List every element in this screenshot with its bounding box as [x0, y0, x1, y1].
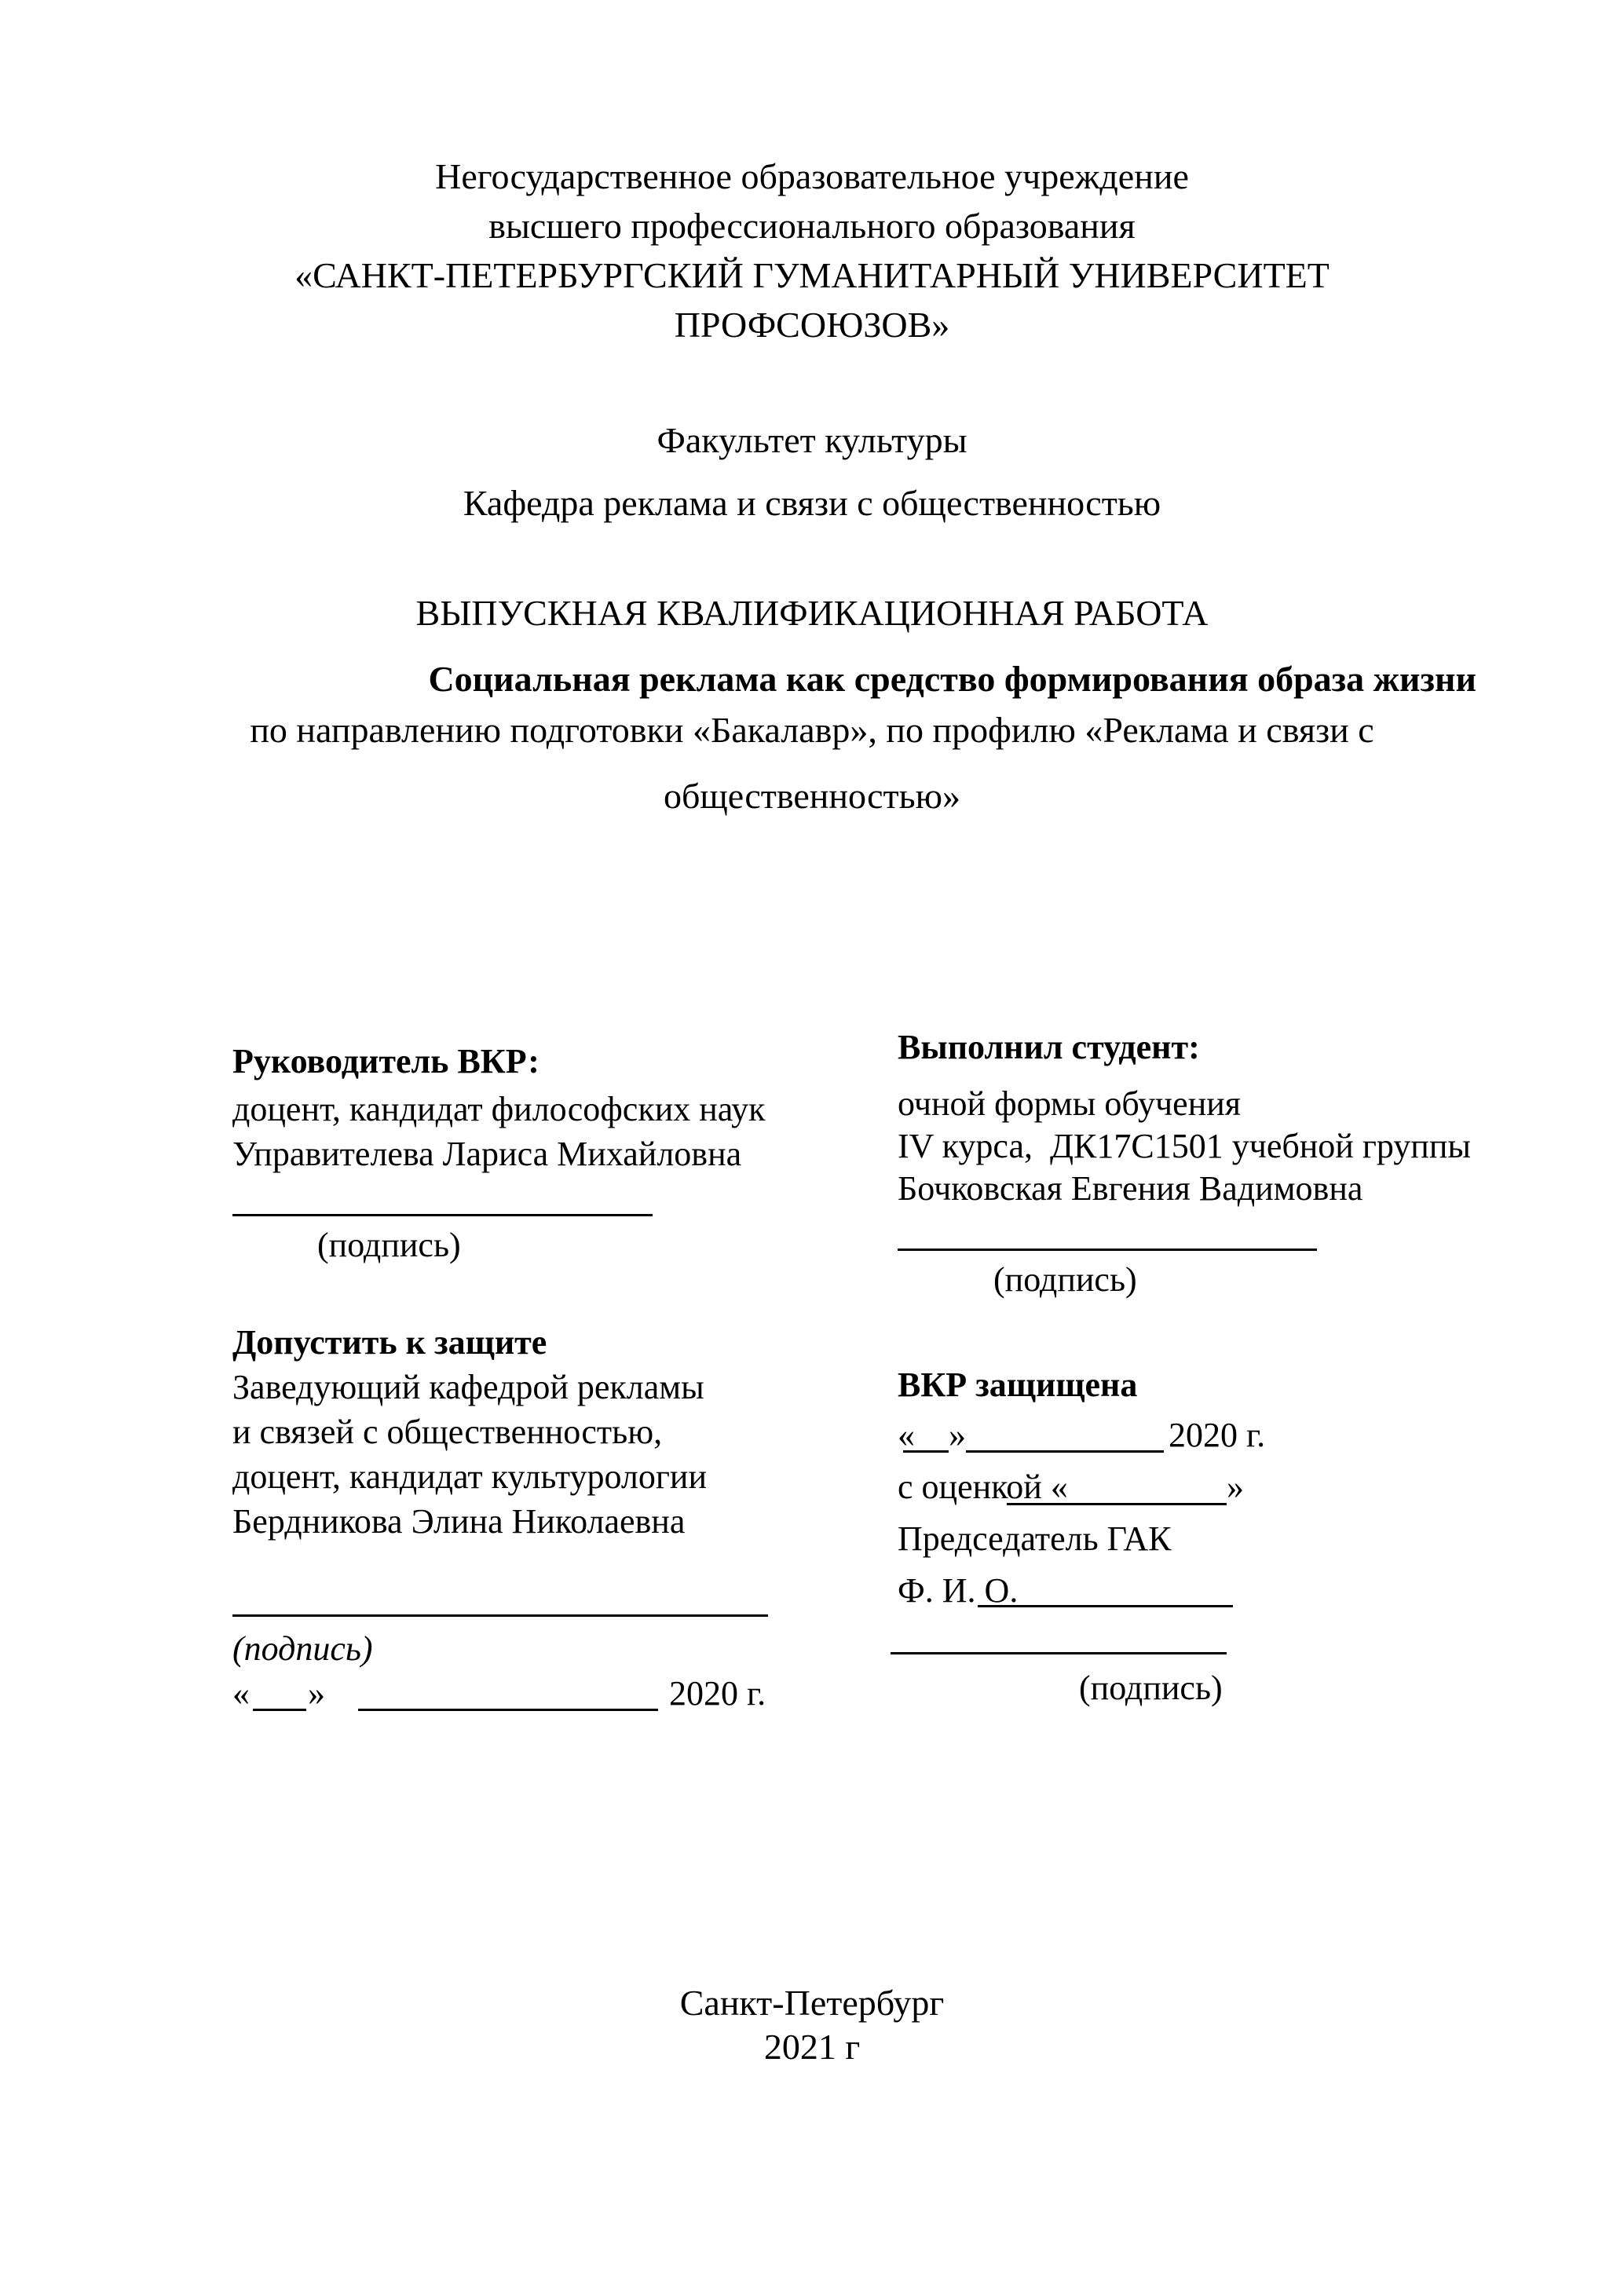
- defense-year: 2020 г.: [1169, 1413, 1265, 1457]
- defense-grade-field[interactable]: [1007, 1503, 1227, 1505]
- admission-day-field[interactable]: [253, 1709, 306, 1711]
- admission-date-open-quote: «: [232, 1672, 250, 1716]
- defense-signature-label: (подпись): [1079, 1666, 1223, 1710]
- institution-line-1: Негосударственное образовательное учрежд…: [0, 154, 1624, 199]
- defense-month-field[interactable]: [966, 1450, 1164, 1453]
- city: Санкт-Петербург: [0, 1980, 1624, 2026]
- student-name: Бочковская Евгения Вадимовна: [898, 1167, 1362, 1211]
- admission-position-line-3: доцент, кандидат культурологии: [232, 1455, 707, 1499]
- admission-signature-label: (подпись): [232, 1627, 373, 1671]
- university-name-line-2: ПРОФСОЮЗОВ»: [0, 302, 1624, 348]
- defense-chair-label: Председатель ГАК: [898, 1517, 1171, 1561]
- defense-grade-close-quote: »: [1227, 1465, 1244, 1509]
- defense-signature-line: [891, 1652, 1227, 1654]
- admission-signature-line: [232, 1614, 768, 1617]
- student-signature-label: (подпись): [993, 1258, 1137, 1302]
- work-type: ВЫПУСКНАЯ КВАЛИФИКАЦИОННАЯ РАБОТА: [0, 590, 1624, 636]
- department: Кафедра реклама и связи с общественность…: [0, 481, 1624, 526]
- admission-year: 2020 г.: [669, 1672, 766, 1716]
- defense-date-close-quote: »: [949, 1413, 966, 1457]
- student-course-group: IV курса, ДК17С1501 учебной группы: [898, 1124, 1471, 1168]
- student-heading: Выполнил студент:: [898, 1026, 1200, 1069]
- year: 2021 г: [0, 2024, 1624, 2070]
- supervisor-heading: Руководитель ВКР:: [232, 1040, 540, 1084]
- institution-line-2: высшего профессионального образования: [0, 203, 1624, 249]
- student-study-form: очной формы обучения: [898, 1082, 1241, 1126]
- supervisor-signature-label: (подпись): [317, 1223, 461, 1267]
- admission-position-line-2: и связей с общественностью,: [232, 1410, 662, 1454]
- supervisor-signature-line: [232, 1214, 653, 1216]
- admission-position-line-1: Заведующий кафедрой рекламы: [232, 1366, 704, 1409]
- university-name-line-1: «САНКТ-ПЕТЕРБУРГСКИЙ ГУМАНИТАРНЫЙ УНИВЕР…: [0, 253, 1624, 298]
- supervisor-name: Управителева Лариса Михайловна: [232, 1132, 741, 1176]
- admission-date-close-quote: »: [308, 1672, 325, 1716]
- admission-name: Бердникова Элина Николаевна: [232, 1500, 685, 1544]
- admission-month-field[interactable]: [358, 1709, 658, 1711]
- student-signature-line: [898, 1249, 1317, 1251]
- defense-day-field[interactable]: [903, 1450, 949, 1453]
- work-title: Социальная реклама как средство формиров…: [353, 656, 1476, 702]
- direction-line-2: общественностью»: [0, 773, 1624, 819]
- admission-heading: Допустить к защите: [232, 1321, 547, 1365]
- supervisor-position: доцент, кандидат философских наук: [232, 1088, 765, 1132]
- defense-heading: ВКР защищена: [898, 1363, 1137, 1407]
- faculty: Факультет культуры: [0, 418, 1624, 463]
- defense-fio-field[interactable]: [978, 1605, 1233, 1607]
- direction-line-1: по направлению подготовки «Бакалавр», по…: [0, 707, 1624, 753]
